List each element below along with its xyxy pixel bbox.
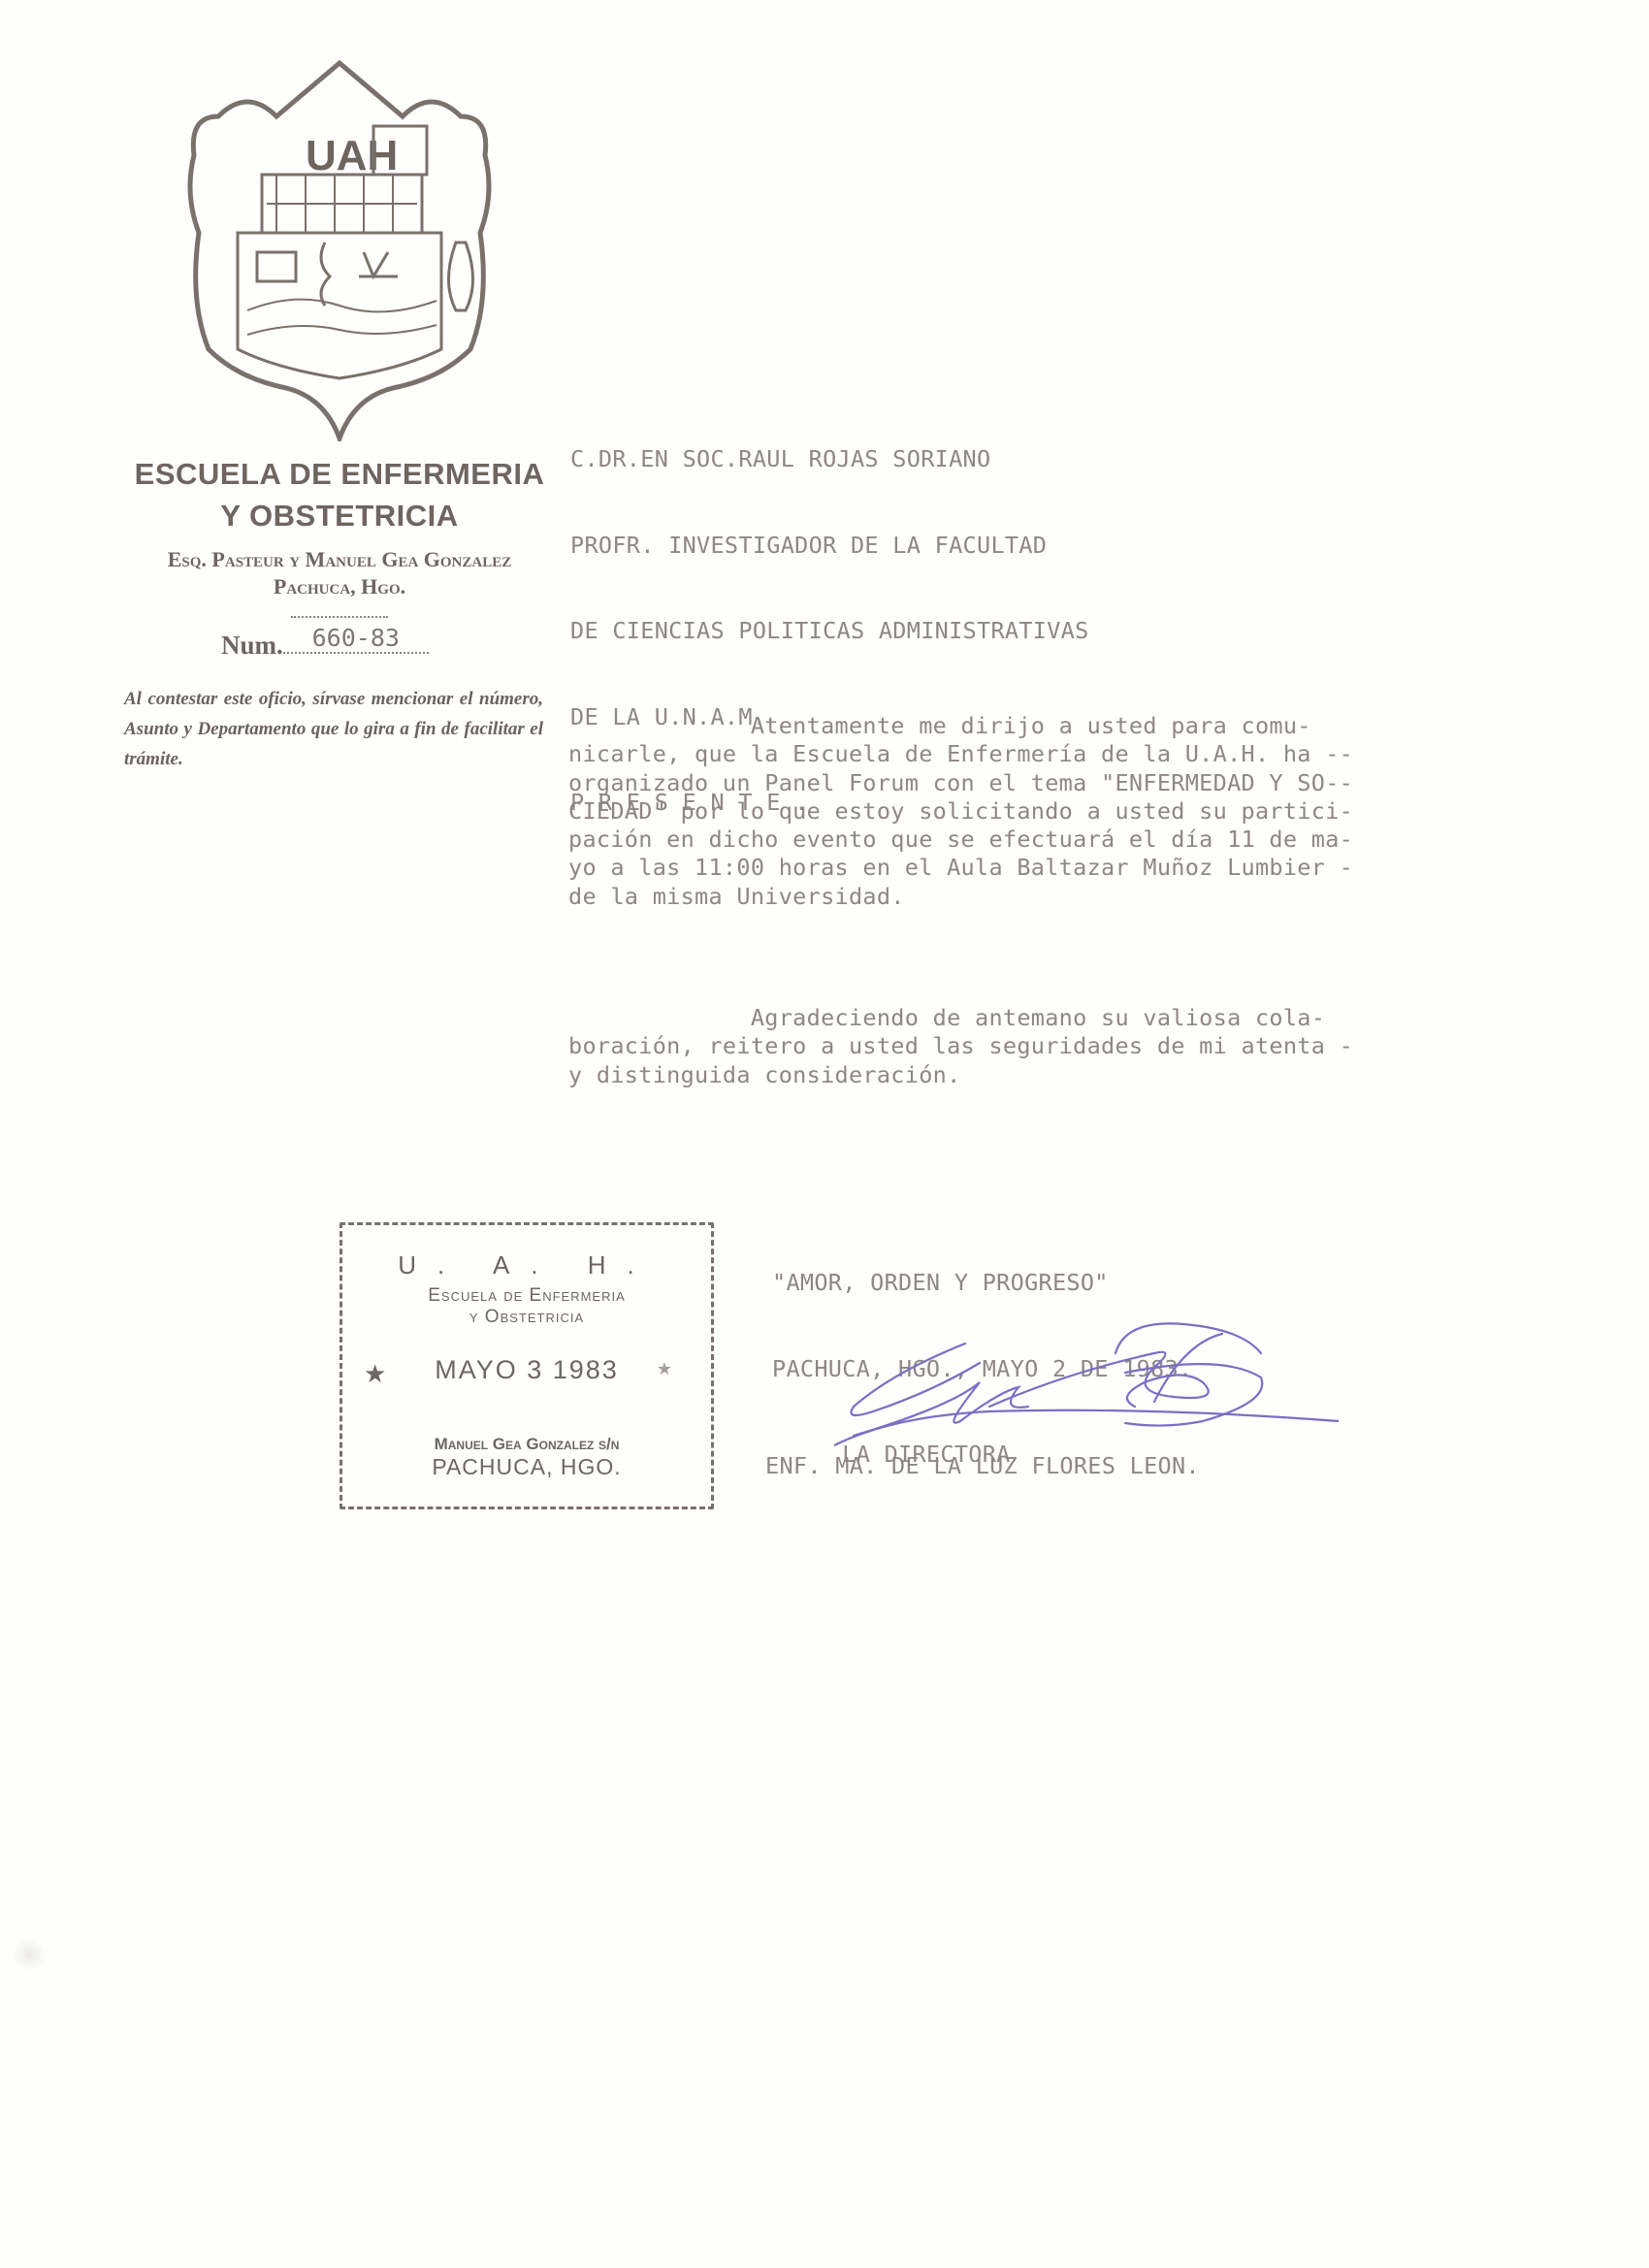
- reference-number-label: Num.: [221, 631, 283, 660]
- paper-smudge: [10, 1940, 48, 1969]
- body-paragraph-invitation: Atentamente me dirijo a usted para comu-…: [568, 712, 1353, 911]
- stamp-school: Escuela de Enfermeria y Obstetricia: [342, 1285, 711, 1328]
- stamp-school-line1: Escuela de Enfermeria: [342, 1285, 711, 1307]
- school-address-city: Pachuca, Hgo.: [116, 572, 563, 601]
- school-address-street: Esq. Pasteur y Manuel Gea Gonzalez: [116, 545, 563, 574]
- star-icon: ★: [657, 1359, 672, 1379]
- signer-name: ENF. MA. DE LA LUZ FLORES LEON.: [765, 1452, 1200, 1479]
- received-stamp: U. A. H. Escuela de Enfermeria y Obstetr…: [339, 1222, 714, 1509]
- stamp-city: PACHUCA, HGO.: [342, 1454, 711, 1480]
- crest-letters: UAH: [306, 132, 398, 179]
- motto: "AMOR, ORDEN Y PROGRESO": [772, 1269, 1192, 1298]
- school-name-line1: ESCUELA DE ENFERMERIA: [116, 453, 563, 496]
- body-paragraph-thanks: Agradeciendo de antemano su valiosa cola…: [568, 1004, 1353, 1089]
- divider: [291, 616, 388, 618]
- reply-instructions: Al contestar este oficio, sírvase mencio…: [124, 684, 543, 774]
- addressee-line: PROFR. INVESTIGADOR DE LA FACULTAD: [570, 532, 1089, 561]
- stamp-school-line2: y Obstetricia: [342, 1307, 711, 1328]
- reference-number-value: 660-83: [283, 624, 429, 654]
- stamp-street: Manuel Gea Gonzalez s/n: [342, 1435, 711, 1454]
- reference-number: Num.660-83: [221, 631, 429, 662]
- signature: [834, 1314, 1339, 1450]
- stamp-uah: U. A. H.: [342, 1250, 711, 1280]
- uah-coat-of-arms-icon: UAH: [179, 58, 500, 441]
- addressee-line: C.DR.EN SOC.RAUL ROJAS SORIANO: [570, 445, 1089, 474]
- addressee-line: DE CIENCIAS POLITICAS ADMINISTRATIVAS: [570, 617, 1089, 646]
- school-name-line2: Y OBSTETRICIA: [116, 495, 563, 537]
